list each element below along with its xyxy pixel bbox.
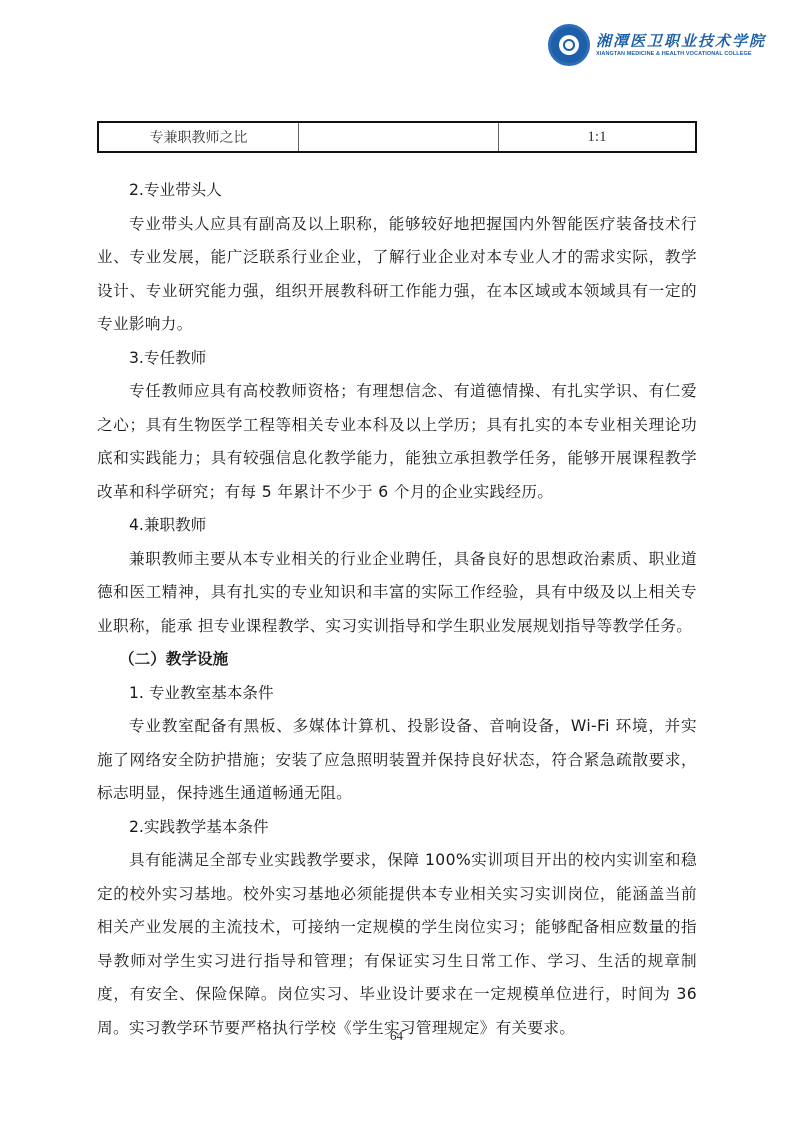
paragraph-full-time-teachers: 专任教师应具有高校教师资格；有理想信念、有道德情操、有扎实学识、有仁爱之心；具有…: [97, 375, 697, 509]
paragraph-classroom-conditions: 专业教室配备有黑板、多媒体计算机、投影设备、音响设备，Wi-Fi 环境，并实施了…: [97, 710, 697, 811]
heading-classroom-conditions: 1. 专业教室基本条件: [97, 677, 697, 711]
paragraph-part-time-teachers: 兼职教师主要从本专业相关的行业企业聘任，具备良好的思想政治素质、职业道德和医工精…: [97, 543, 697, 644]
paragraph-program-leader: 专业带头人应具有副高及以上职称，能够较好地把握国内外智能医疗装备技术行业、专业发…: [97, 208, 697, 342]
college-emblem-icon: [548, 24, 590, 66]
college-name-cn: 湘潭医卫职业技术学院: [596, 32, 766, 50]
page-number: 64: [0, 1028, 793, 1044]
section-title-teaching-facilities: （二）教学设施: [97, 643, 697, 677]
document-body: 2.专业带头人 专业带头人应具有副高及以上职称，能够较好地把握国内外智能医疗装备…: [97, 174, 697, 1045]
teacher-ratio-table: 专兼职教师之比 1:1: [97, 121, 697, 153]
table-cell-value: 1:1: [499, 122, 697, 152]
college-logo: 湘潭医卫职业技术学院 XIANGTAN MEDICINE & HEALTH VO…: [548, 24, 766, 66]
table-cell-label: 专兼职教师之比: [98, 122, 299, 152]
heading-part-time-teachers: 4.兼职教师: [97, 509, 697, 543]
college-name-en: XIANGTAN MEDICINE & HEALTH VOCATIONAL CO…: [596, 50, 766, 58]
heading-practice-conditions: 2.实践教学基本条件: [97, 811, 697, 845]
paragraph-practice-conditions: 具有能满足全部专业实践教学要求，保障 100%实训项目开出的校内实训室和稳定的校…: [97, 844, 697, 1045]
heading-full-time-teachers: 3.专任教师: [97, 342, 697, 376]
college-name: 湘潭医卫职业技术学院 XIANGTAN MEDICINE & HEALTH VO…: [596, 32, 766, 58]
heading-program-leader: 2.专业带头人: [97, 174, 697, 208]
table-cell-middle: [299, 122, 499, 152]
table-row: 专兼职教师之比 1:1: [98, 122, 696, 152]
